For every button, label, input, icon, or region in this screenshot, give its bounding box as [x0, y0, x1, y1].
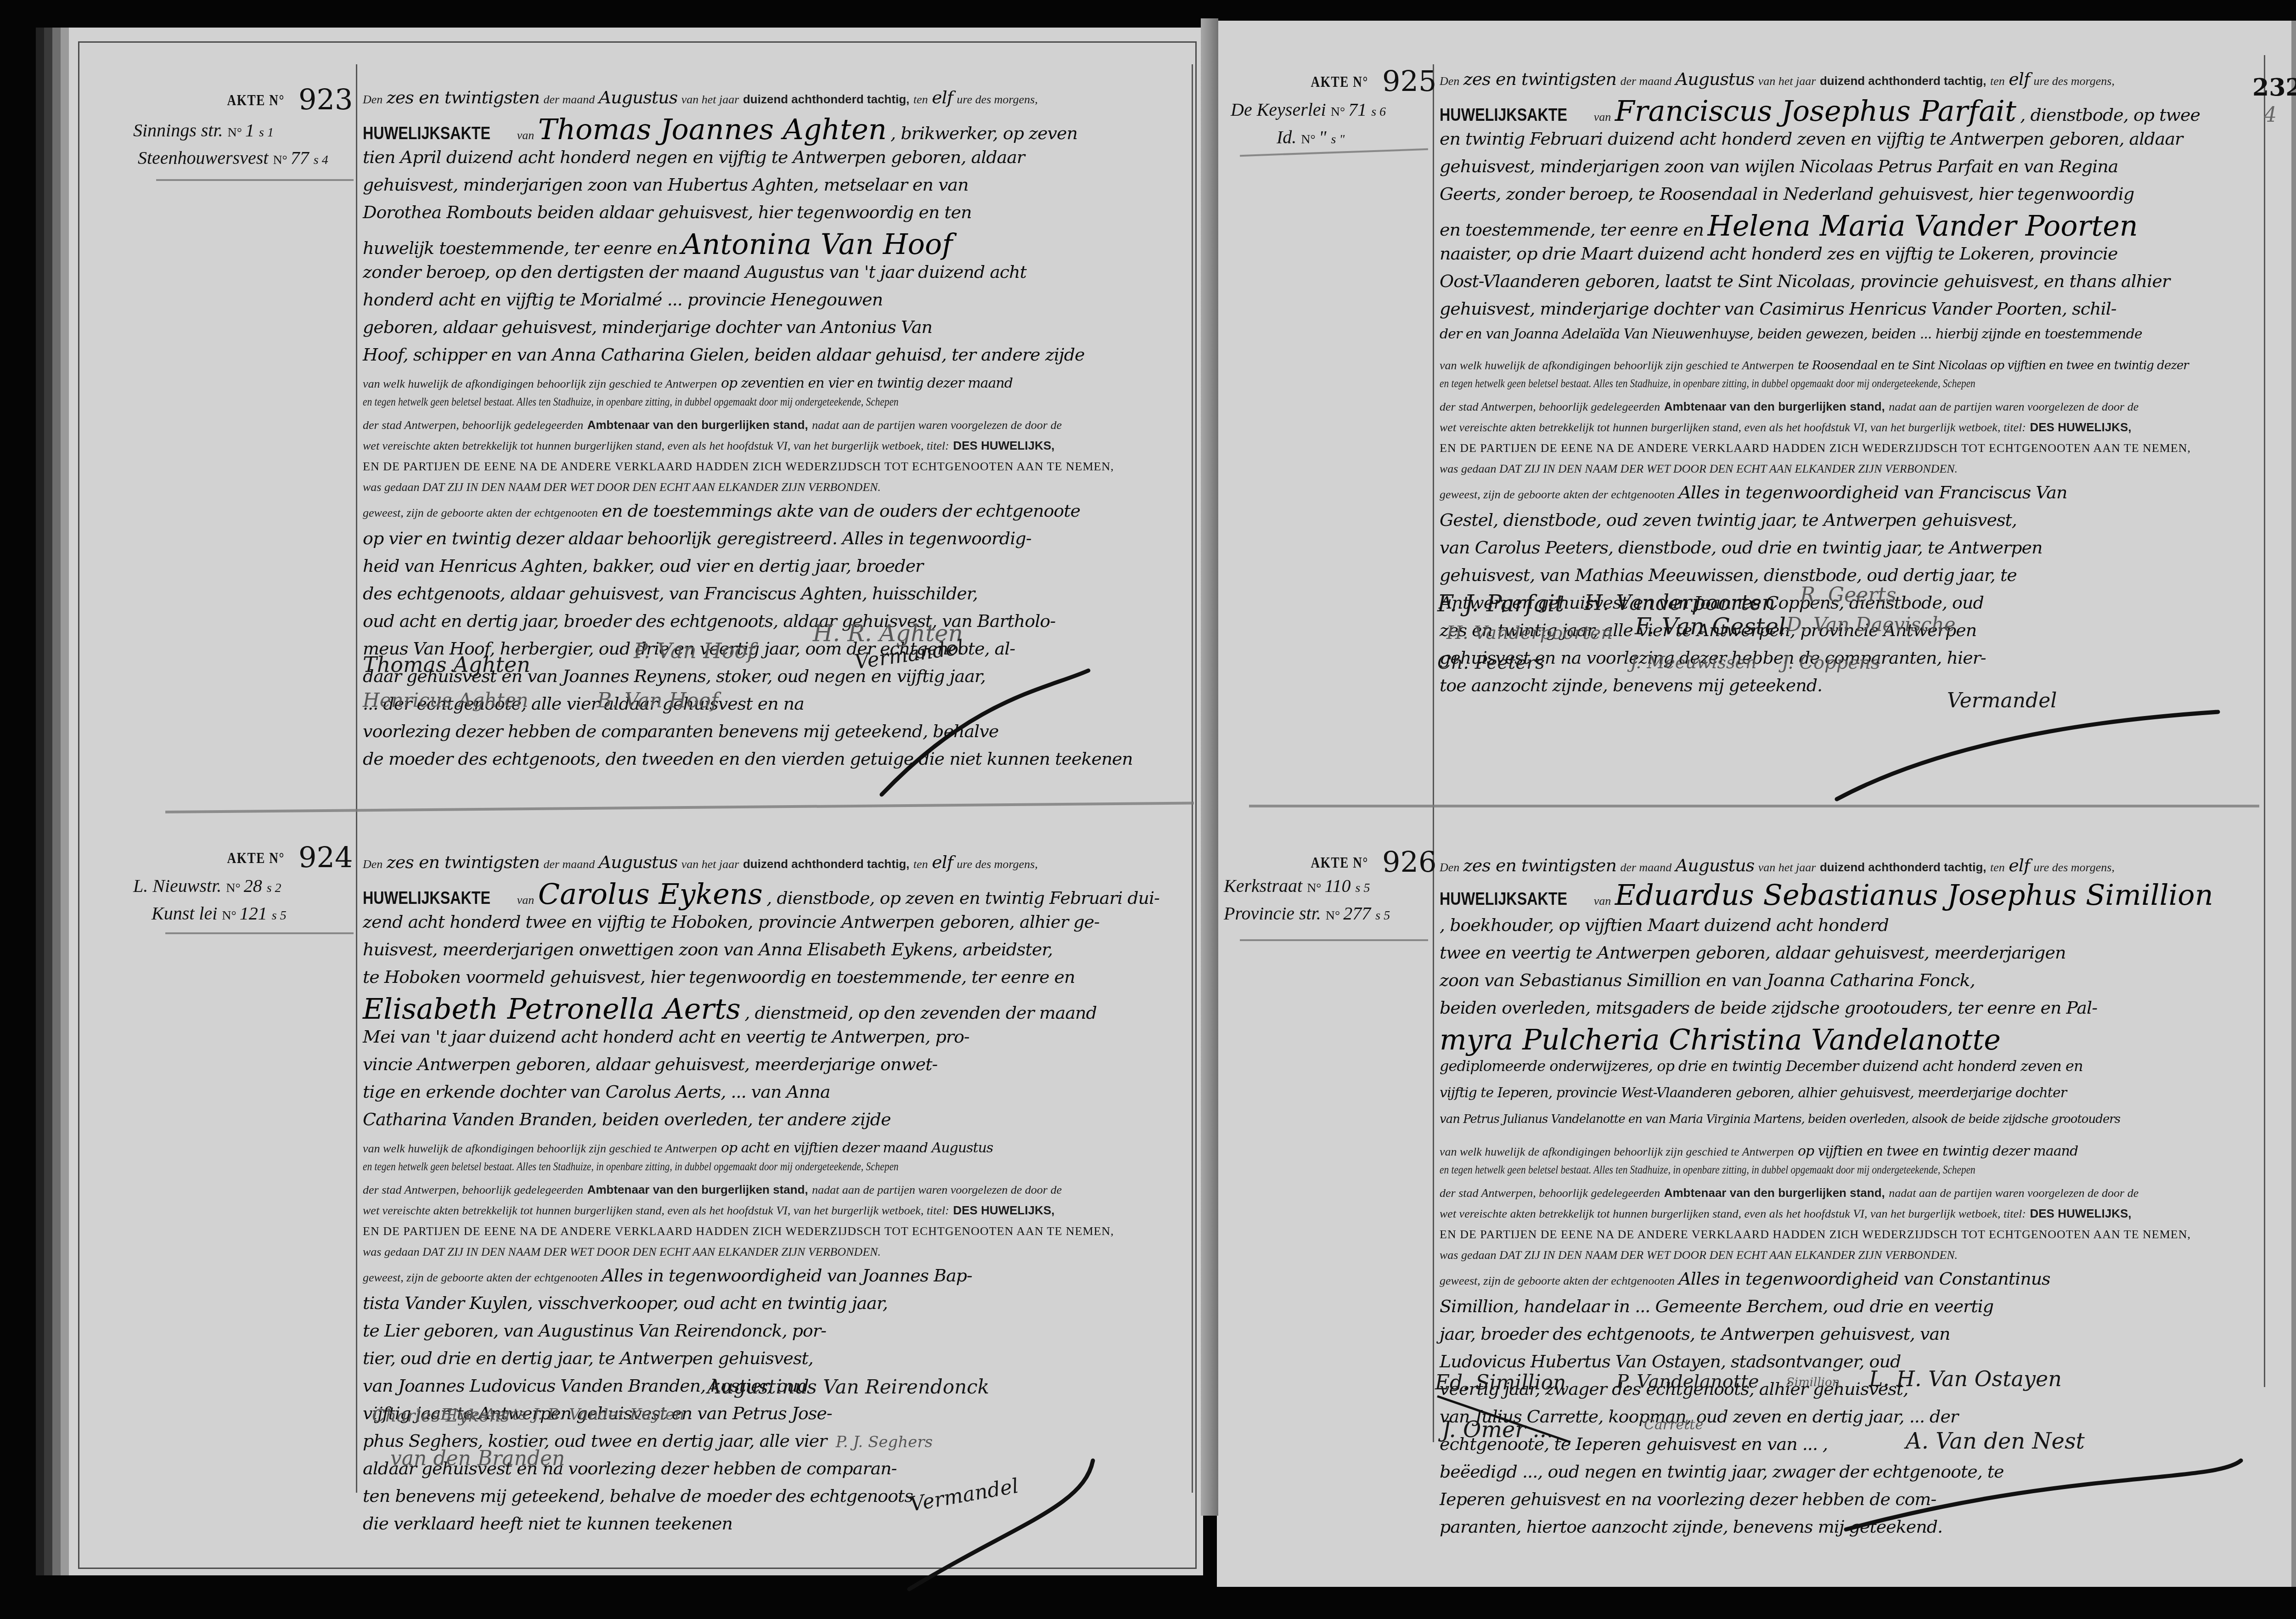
- text-line: des echtgenoots, aldaar gehuisvest, van …: [363, 583, 978, 604]
- printed-line: van welk huwelijk de afkondigingen behoo…: [363, 374, 1013, 392]
- margin-rule: [1240, 939, 1428, 941]
- text-line: Gestel, dienstbode, oud zeven twintig ja…: [1440, 510, 2017, 530]
- text-line: honderd acht en vijftig te Morialmé ... …: [363, 289, 883, 310]
- groom-name: Franciscus Josephus Parfait: [1615, 94, 2016, 128]
- margin-address-1: De Keyserlei N° 71 s 6: [1231, 99, 1386, 120]
- text-line: Catharina Vanden Branden, beiden overled…: [363, 1109, 891, 1129]
- text-line: Simillion, handelaar in ... Gemeente Ber…: [1440, 1296, 1993, 1316]
- signature: Elise Aerts: [441, 1405, 527, 1424]
- printed-line: wet vereischte akten betrekkelijk tot hu…: [363, 1201, 1055, 1218]
- text-line: van Carolus Peeters, dienstbode, oud dri…: [1440, 537, 2042, 558]
- printed-line: wet vereischte akten betrekkelijk tot hu…: [363, 436, 1055, 454]
- text-line: van Petrus Julianus Vandelanotte en van …: [1440, 1112, 2120, 1126]
- printed-line: wet vereischte akten betrekkelijk tot hu…: [1440, 1204, 2132, 1222]
- text-line: te Lier geboren, van Augustinus Van Reir…: [363, 1320, 826, 1341]
- bride-line: en toestemmende, ter eenre en Helena Mar…: [1440, 209, 2138, 243]
- printed-line: wet vereischte akten betrekkelijk tot hu…: [1440, 418, 2132, 435]
- printed-hw-line: geweest, zijn de geboorte akten der echt…: [363, 501, 1080, 521]
- akte-number: 924: [298, 841, 353, 874]
- printed-line: en tegen hetwelk geen beletsel bestaat. …: [363, 395, 899, 409]
- printed-line: en tegen hetwelk geen beletsel bestaat. …: [1440, 377, 1975, 390]
- page-number: 232: [2252, 73, 2296, 102]
- margin-pencil-note: 4: [2264, 103, 2277, 127]
- signature: Ed. Simillion: [1435, 1371, 1566, 1394]
- margin-address-1: L. Nieuwstr. N° 28 s 2: [133, 875, 281, 897]
- signature: D. Van Daevische: [1786, 613, 1956, 636]
- akte-label: AKTE N°: [1302, 854, 1368, 872]
- margin-address-2: Provincie str. N° 277 s 5: [1224, 903, 1390, 924]
- signature: F. J. Parfait: [1437, 590, 1564, 617]
- printed-hw-line: geweest, zijn de geboorte akten der echt…: [1440, 482, 2067, 502]
- header-line: Den zes en twintigsten der maand Augustu…: [1440, 855, 2115, 875]
- huwelijksakte-line: HUWELIJKSAKTE van Carolus Eykens , diens…: [363, 877, 1159, 911]
- text-line: gehuisvest, minderjarigen zoon van wijle…: [1440, 156, 2118, 176]
- text-line: Geerts, zonder beroep, te Roosendaal in …: [1440, 184, 2134, 204]
- margin-address-2: Kunst lei N° 121 s 5: [152, 903, 287, 924]
- signature: Henricus Aghten: [363, 689, 529, 711]
- printed-line: was gedaan DAT ZIJ IN DEN NAAM DER WET D…: [1440, 1246, 1958, 1263]
- text-line: zonder beroep, op den dertigsten der maa…: [363, 262, 1026, 282]
- book-spine: [1201, 18, 1218, 1516]
- text-line: heid van Henricus Aghten, bakker, oud vi…: [363, 556, 923, 576]
- text-line: Hoof, schipper en van Anna Catharina Gie…: [363, 344, 1085, 365]
- header-line: Den zes en twintigsten der maand Augustu…: [1440, 69, 2115, 89]
- huwelijksakte-line: HUWELIJKSAKTE van Eduardus Sebastianus J…: [1440, 878, 2213, 912]
- text-line: huisvest, meerderjarigen onwettigen zoon…: [363, 939, 1052, 959]
- bride-name: Elisabeth Petronella Aerts: [363, 992, 741, 1026]
- bride-line: huwelijk toestemmende, ter eenre en Anto…: [363, 227, 952, 261]
- printed-line: van welk huwelijk de afkondigingen behoo…: [1440, 356, 2189, 373]
- text-line: ten benevens mij geteekend, behalve de m…: [363, 1486, 913, 1506]
- signature: F. Van Gestel: [1635, 613, 1786, 640]
- signature: Carrette: [1644, 1417, 1703, 1433]
- huwelijksakte-label: HUWELIJKSAKTE: [1440, 890, 1567, 909]
- signature: P. Vandelanotte: [1616, 1371, 1759, 1392]
- bride-line: myra Pulcheria Christina Vandelanotte: [1440, 1023, 2001, 1056]
- akte-label: AKTE N°: [219, 850, 285, 867]
- signature: J. B. Vander Kuylen: [533, 1405, 684, 1424]
- text-line: naaister, op drie Maart duizend acht hon…: [1440, 243, 2117, 264]
- text-line: beiden overleden, mitsgaders de beide zi…: [1440, 998, 2097, 1018]
- printed-line: EN DE PARTIJEN DE EENE NA DE ANDERE VERK…: [363, 457, 1114, 474]
- bride-line: Elisabeth Petronella Aerts , dienstmeid,…: [363, 992, 1097, 1026]
- text-line: vincie Antwerpen geboren, aldaar gehuisv…: [363, 1054, 937, 1074]
- text-line: tista Vander Kuylen, visschverkooper, ou…: [363, 1293, 888, 1313]
- huwelijksakte-label: HUWELIJKSAKTE: [363, 889, 490, 908]
- text-line: tien April duizend acht honderd negen en…: [363, 147, 1024, 167]
- right-page-margin-rule: [1433, 64, 1434, 1442]
- text-line: tige en erkende dochter van Carolus Aert…: [363, 1082, 830, 1102]
- bride-name: myra Pulcheria Christina Vandelanotte: [1440, 1023, 2001, 1056]
- margin-rule: [165, 932, 354, 934]
- text-line: jaar, broeder des echtgenoots, te Antwer…: [1440, 1324, 1950, 1344]
- printed-line: was gedaan DAT ZIJ IN DEN NAAM DER WET D…: [1440, 459, 1958, 477]
- printed-hw-line: geweest, zijn de geboorte akten der echt…: [1440, 1269, 2050, 1289]
- akte-number: 923: [298, 83, 353, 116]
- margin-address-1: Kerkstraat N° 110 s 5: [1224, 875, 1370, 897]
- printed-line: EN DE PARTIJEN DE EENE NA DE ANDERE VERK…: [363, 1222, 1114, 1239]
- signature-flourish: [872, 661, 1093, 799]
- text-line: zend acht honderd twee en vijftig te Hob…: [363, 912, 1099, 932]
- printed-line: was gedaan DAT ZIJ IN DEN NAAM DER WET D…: [363, 478, 881, 495]
- text-line: geboren, aldaar gehuisvest, minderjarige…: [363, 317, 932, 337]
- left-page-right-rule: [1192, 64, 1193, 1493]
- printed-line: EN DE PARTIJEN DE EENE NA DE ANDERE VERK…: [1440, 1225, 2191, 1242]
- akte-number: 925: [1382, 64, 1436, 98]
- printed-line: der stad Antwerpen, behoorlijk gedelegee…: [363, 416, 1062, 433]
- groom-name: Eduardus Sebastianus Josephus Simillion: [1615, 878, 2213, 912]
- right-page-right-rule: [2264, 55, 2265, 1387]
- header-line: Den zes en twintigsten der maand Augustu…: [363, 87, 1038, 107]
- text-line: toe aanzocht zijnde, benevens mij geteek…: [1440, 675, 1822, 695]
- printed-hw-line: geweest, zijn de geboorte akten der echt…: [363, 1265, 972, 1286]
- signature: P. Van Hoof: [634, 638, 755, 663]
- printed-line: en tegen hetwelk geen beletsel bestaat. …: [1440, 1163, 1975, 1177]
- text-line: gehuisvest, minderjarigen zoon van Huber…: [363, 175, 968, 195]
- text-line: Dorothea Rombouts beiden aldaar gehuisve…: [363, 202, 972, 222]
- printed-line: was gedaan DAT ZIJ IN DEN NAAM DER WET D…: [363, 1242, 881, 1260]
- printed-line: der stad Antwerpen, behoorlijk gedelegee…: [363, 1180, 1062, 1198]
- text-line: gediplomeerde onderwijzeres, op drie en …: [1440, 1057, 2083, 1075]
- text-line: gehuisvest, van Mathias Meeuwissen, dien…: [1440, 565, 2017, 585]
- akte-number: 926: [1382, 845, 1436, 879]
- signature: R. Geerts: [1800, 583, 1896, 607]
- signature: Ch. Peeters: [1437, 652, 1545, 673]
- record-separator-right: [1249, 805, 2259, 807]
- text-line: tier, oud drie en dertig jaar, te Antwer…: [363, 1348, 813, 1368]
- huwelijksakte-line: HUWELIJKSAKTE van Thomas Joannes Aghten …: [363, 113, 1077, 146]
- signature-flourish: [900, 1456, 1102, 1594]
- text-line: te Hoboken voormeld gehuisvest, hier teg…: [363, 967, 1075, 987]
- strike-stroke: [1433, 1392, 1580, 1447]
- signature: L. H. Van Ostayen: [1869, 1366, 2062, 1391]
- text-line: en twintig Februari duizend acht honderd…: [1440, 129, 2183, 149]
- text-line: op vier en twintig dezer aldaar behoorli…: [363, 528, 1031, 548]
- margin-rule: [156, 179, 354, 181]
- bride-name: Antonina Van Hoof: [681, 227, 953, 261]
- huwelijksakte-label: HUWELIJKSAKTE: [363, 124, 490, 144]
- huwelijksakte-line: HUWELIJKSAKTE van Franciscus Josephus Pa…: [1440, 94, 2200, 128]
- signature: J. Meeuwissen: [1630, 652, 1756, 672]
- margin-address-2: Id. N° " s ": [1277, 126, 1345, 148]
- text-line: Mei van 't jaar duizend acht honderd ach…: [363, 1027, 969, 1047]
- signature: Augustinus Van Reirendonck: [707, 1376, 989, 1398]
- text-line: Oost-Vlaanderen geboren, laatst te Sint …: [1440, 271, 2170, 291]
- bride-name: Helena Maria Vander Poorten: [1708, 209, 2138, 243]
- signature: J. Coppens: [1782, 652, 1880, 673]
- printed-line: der stad Antwerpen, behoorlijk gedelegee…: [1440, 1184, 2138, 1201]
- signature: H. Vanderpoorten: [1584, 590, 1775, 615]
- signature-flourish: [1837, 1442, 2250, 1534]
- signature: Simillion: [1786, 1376, 1840, 1389]
- margin-address-2: Steenhouwersvest N° 77 s 4: [138, 147, 328, 169]
- text-line: gehuisvest, minderjarige dochter van Cas…: [1440, 299, 2116, 319]
- left-page-margin-rule: [356, 64, 357, 1493]
- text-line: die verklaard heeft niet te kunnen teeke…: [363, 1513, 732, 1534]
- signature: van den Branden: [390, 1447, 565, 1470]
- printed-line: en tegen hetwelk geen beletsel bestaat. …: [363, 1160, 899, 1173]
- printed-line: EN DE PARTIJEN DE EENE NA DE ANDERE VERK…: [1440, 439, 2191, 456]
- printed-line: der stad Antwerpen, behoorlijk gedelegee…: [1440, 397, 2138, 415]
- signature: H. Vanderpoorten: [1446, 622, 1613, 643]
- akte-label: AKTE N°: [219, 92, 285, 109]
- akte-label: AKTE N°: [1302, 73, 1368, 91]
- margin-address-1: Sinnings str. N° 1 s 1: [133, 119, 274, 141]
- signature-flourish: [1828, 703, 2223, 804]
- groom-name: Carolus Eykens: [538, 877, 763, 911]
- printed-line: van welk huwelijk de afkondigingen behoo…: [363, 1139, 993, 1156]
- text-line: , boekhouder, op vijftien Maart duizend …: [1440, 915, 1889, 935]
- huwelijksakte-label: HUWELIJKSAKTE: [1440, 106, 1567, 125]
- printed-line: van welk huwelijk de afkondigingen behoo…: [1440, 1142, 2078, 1160]
- text-line: twee en veertig te Antwerpen geboren, al…: [1440, 942, 2065, 963]
- text-line: zoon van Sebastianus Simillion en van Jo…: [1440, 970, 1975, 990]
- groom-name: Thomas Joannes Aghten: [538, 113, 887, 146]
- text-line: vijftig te Ieperen, provincie West-Vlaan…: [1440, 1085, 2066, 1101]
- signature: P. J. Seghers: [836, 1433, 933, 1451]
- text-line: der en van Joanna Adelaïda Van Nieuwenhu…: [1440, 326, 2142, 342]
- signature: B. Van Hoof: [597, 689, 718, 712]
- header-line: Den zes en twintigsten der maand Augustu…: [363, 852, 1038, 872]
- text-line: Ludovicus Hubertus Van Ostayen, stadsont…: [1440, 1351, 1901, 1371]
- signature: Thomas Aghten: [363, 652, 530, 677]
